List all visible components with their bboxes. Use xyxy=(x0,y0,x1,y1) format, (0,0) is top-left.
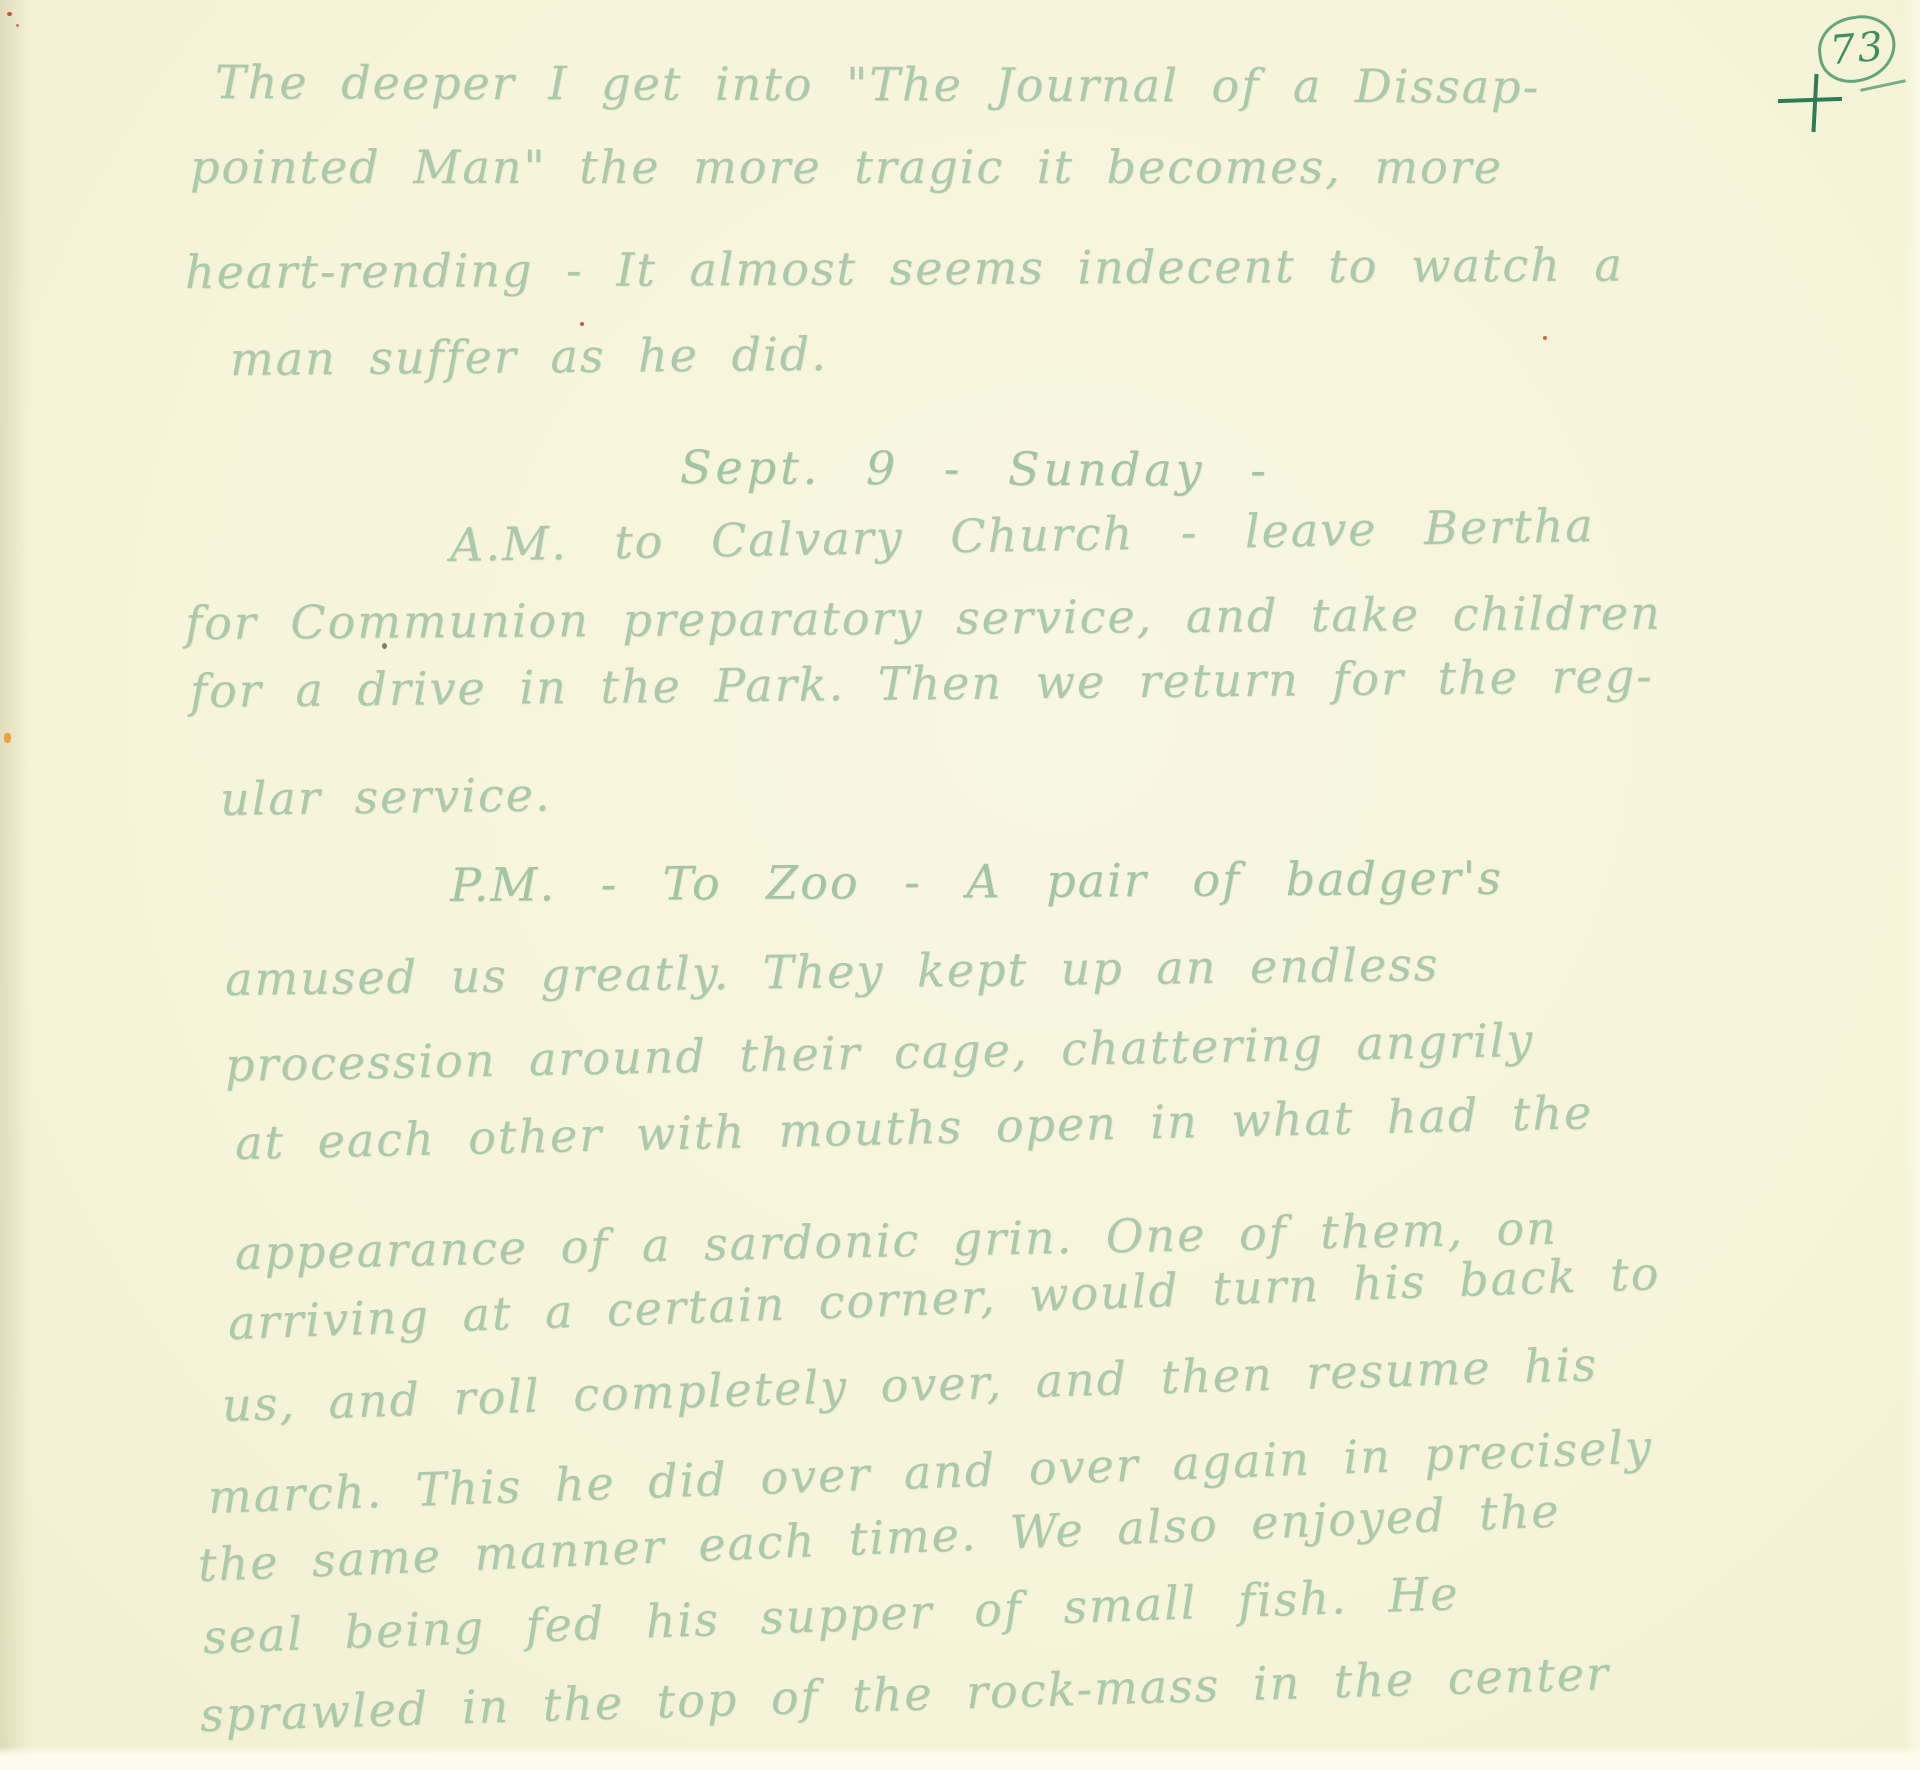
handwritten-line: for a drive in the Park. Then we return … xyxy=(190,649,1654,718)
page-number-circle-tail xyxy=(1860,79,1906,91)
paper-speck xyxy=(4,733,11,743)
journal-page: 73 The deeper I get into "The Journal of… xyxy=(0,0,1920,1770)
insertion-mark-horizontal xyxy=(1778,97,1842,103)
scan-edge-highlight-bottom xyxy=(0,1746,1920,1770)
page-number: 73 xyxy=(1828,24,1887,75)
handwritten-line-date-heading: Sept. 9 - Sunday - xyxy=(680,440,1270,497)
page-number-circle: 73 xyxy=(1813,10,1900,87)
handwritten-line: ular service. xyxy=(220,767,552,826)
handwritten-line: The deeper I get into "The Journal of a … xyxy=(215,55,1540,114)
paper-speck xyxy=(580,322,584,326)
handwritten-line: pointed Man" the more tragic it becomes,… xyxy=(190,140,1503,194)
paper-speck xyxy=(16,24,19,27)
paper-speck xyxy=(7,12,12,16)
handwritten-line: man suffer as he did. xyxy=(230,327,828,386)
paper-speck xyxy=(1543,336,1547,340)
scan-edge-shadow-left xyxy=(0,0,30,1770)
handwritten-line: sprawled in the top of the rock-mass in … xyxy=(199,1646,1610,1742)
scan-edge-highlight-right xyxy=(1904,0,1920,1770)
handwritten-line: procession around their cage, chattering… xyxy=(224,1013,1534,1092)
handwritten-line: at each other with mouths open in what h… xyxy=(234,1085,1593,1170)
handwritten-line: P.M. - To Zoo - A pair of badger's xyxy=(450,851,1503,912)
handwritten-line: heart-rending - It almost seems indecent… xyxy=(185,237,1624,299)
handwritten-line: amused us greatly. They kept up an endle… xyxy=(225,937,1440,1006)
handwritten-line: A.M. to Calvary Church - leave Bertha xyxy=(450,498,1595,572)
handwritten-line: for Communion preparatory service, and t… xyxy=(185,586,1662,650)
insertion-mark-vertical xyxy=(1811,74,1818,132)
handwritten-line: us, and roll completely over, and then r… xyxy=(221,1337,1598,1432)
